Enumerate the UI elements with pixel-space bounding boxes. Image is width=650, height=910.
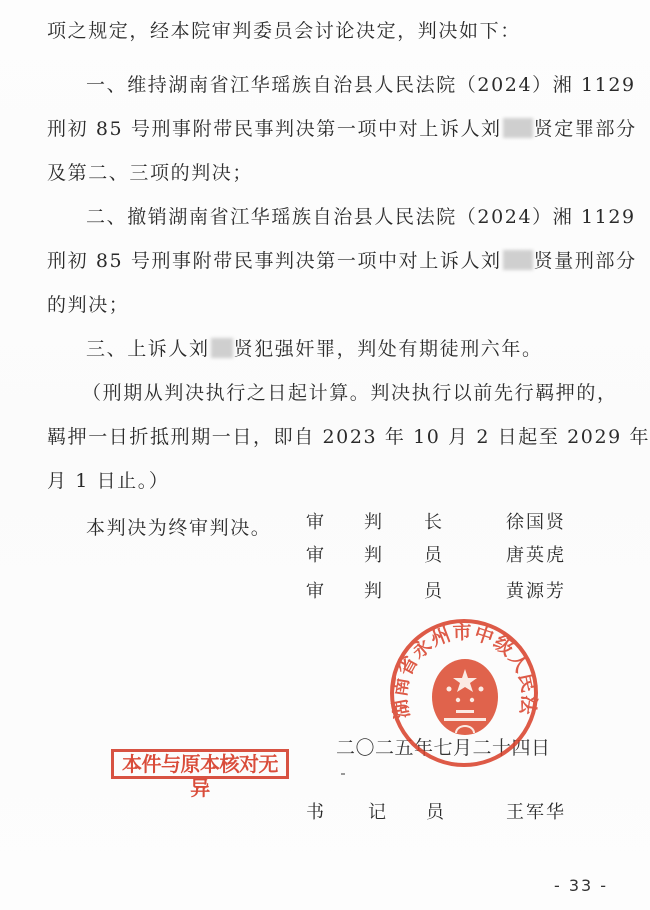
sentence-note: 月 1 日止。）	[47, 469, 169, 493]
sentence-note: 羁押一日折抵刑期一日，即自 2023 年 10 月 2 日起至 2029 年 1…	[47, 425, 650, 449]
signature-title-char: 记	[368, 801, 386, 825]
text-segment: 贤量刑部分	[534, 250, 637, 272]
signature-name: 唐英虎	[506, 544, 566, 568]
text-segment: 刑初 85 号刑事附带民事判决第一项中对上诉人刘	[47, 250, 502, 272]
judgment-item-3: 三、上诉人刘贤犯强奸罪，判处有期徒刑六年。	[86, 337, 543, 361]
signature-title-char: 长	[424, 511, 442, 535]
judgment-text-line: 项之规定，经本院审判委员会讨论决定，判决如下：	[47, 19, 521, 43]
signature-title-char: 审	[306, 580, 324, 604]
judgment-text-line: 刑初 85 号刑事附带民事判决第一项中对上诉人刘贤量刑部分	[47, 249, 637, 273]
redacted-name	[211, 338, 233, 358]
text-segment: 三、上诉人刘	[86, 338, 210, 360]
signature-title-char: 判	[364, 580, 382, 604]
document-page: 项之规定，经本院审判委员会讨论决定，判决如下： 一、维持湖南省江华瑶族自治县人民…	[0, 0, 650, 910]
signature-judge: 审 判 员 唐英虎	[306, 544, 596, 568]
signature-name: 王军华	[506, 801, 566, 825]
signature-title-char: 员	[426, 801, 444, 825]
judgment-text-line: 刑初 85 号刑事附带民事判决第一项中对上诉人刘贤定罪部分	[47, 117, 637, 141]
signature-title-char: 审	[306, 511, 324, 535]
redacted-name	[503, 250, 533, 270]
signature-name: 黄源芳	[506, 580, 566, 604]
signature-title-char: 判	[364, 511, 382, 535]
text-segment: 贤犯强奸罪，判处有期徒刑六年。	[234, 338, 543, 360]
signature-title-char: 判	[364, 544, 382, 568]
court-seal-icon: 湖南省永州市中级人民法院	[388, 617, 540, 769]
signature-title-char: 书	[306, 801, 324, 825]
text-segment: 贤定罪部分	[534, 118, 637, 140]
page-number: - 33 -	[554, 876, 608, 895]
signature-clerk: 书 记 员 王军华	[306, 801, 596, 825]
signature-title-char: 员	[424, 544, 442, 568]
judgment-item-1: 一、维持湖南省江华瑶族自治县人民法院（2024）湘 1129	[86, 73, 636, 97]
signature-presiding-judge: 审 判 长 徐国贤	[306, 511, 596, 535]
final-judgment-statement: 本判决为终审判决。	[86, 516, 271, 540]
signature-title-char: 员	[424, 580, 442, 604]
judgment-item-2: 二、撤销湖南省江华瑶族自治县人民法院（2024）湘 1129	[86, 205, 636, 229]
signature-judge: 审 判 员 黄源芳	[306, 580, 596, 604]
signature-name: 徐国贤	[506, 511, 566, 535]
copy-verified-stamp: 本件与原本核对无异	[111, 749, 289, 779]
signature-title-char: 审	[306, 544, 324, 568]
judgment-text-line: 的判决；	[47, 293, 129, 317]
redacted-name	[503, 118, 533, 138]
text-segment: 刑初 85 号刑事附带民事判决第一项中对上诉人刘	[47, 118, 502, 140]
judgment-text-line: 及第二、三项的判决；	[47, 161, 253, 185]
scan-mark	[341, 773, 345, 775]
sentence-note: （刑期从判决执行之日起计算。判决执行以前先行羁押的，	[82, 381, 618, 405]
